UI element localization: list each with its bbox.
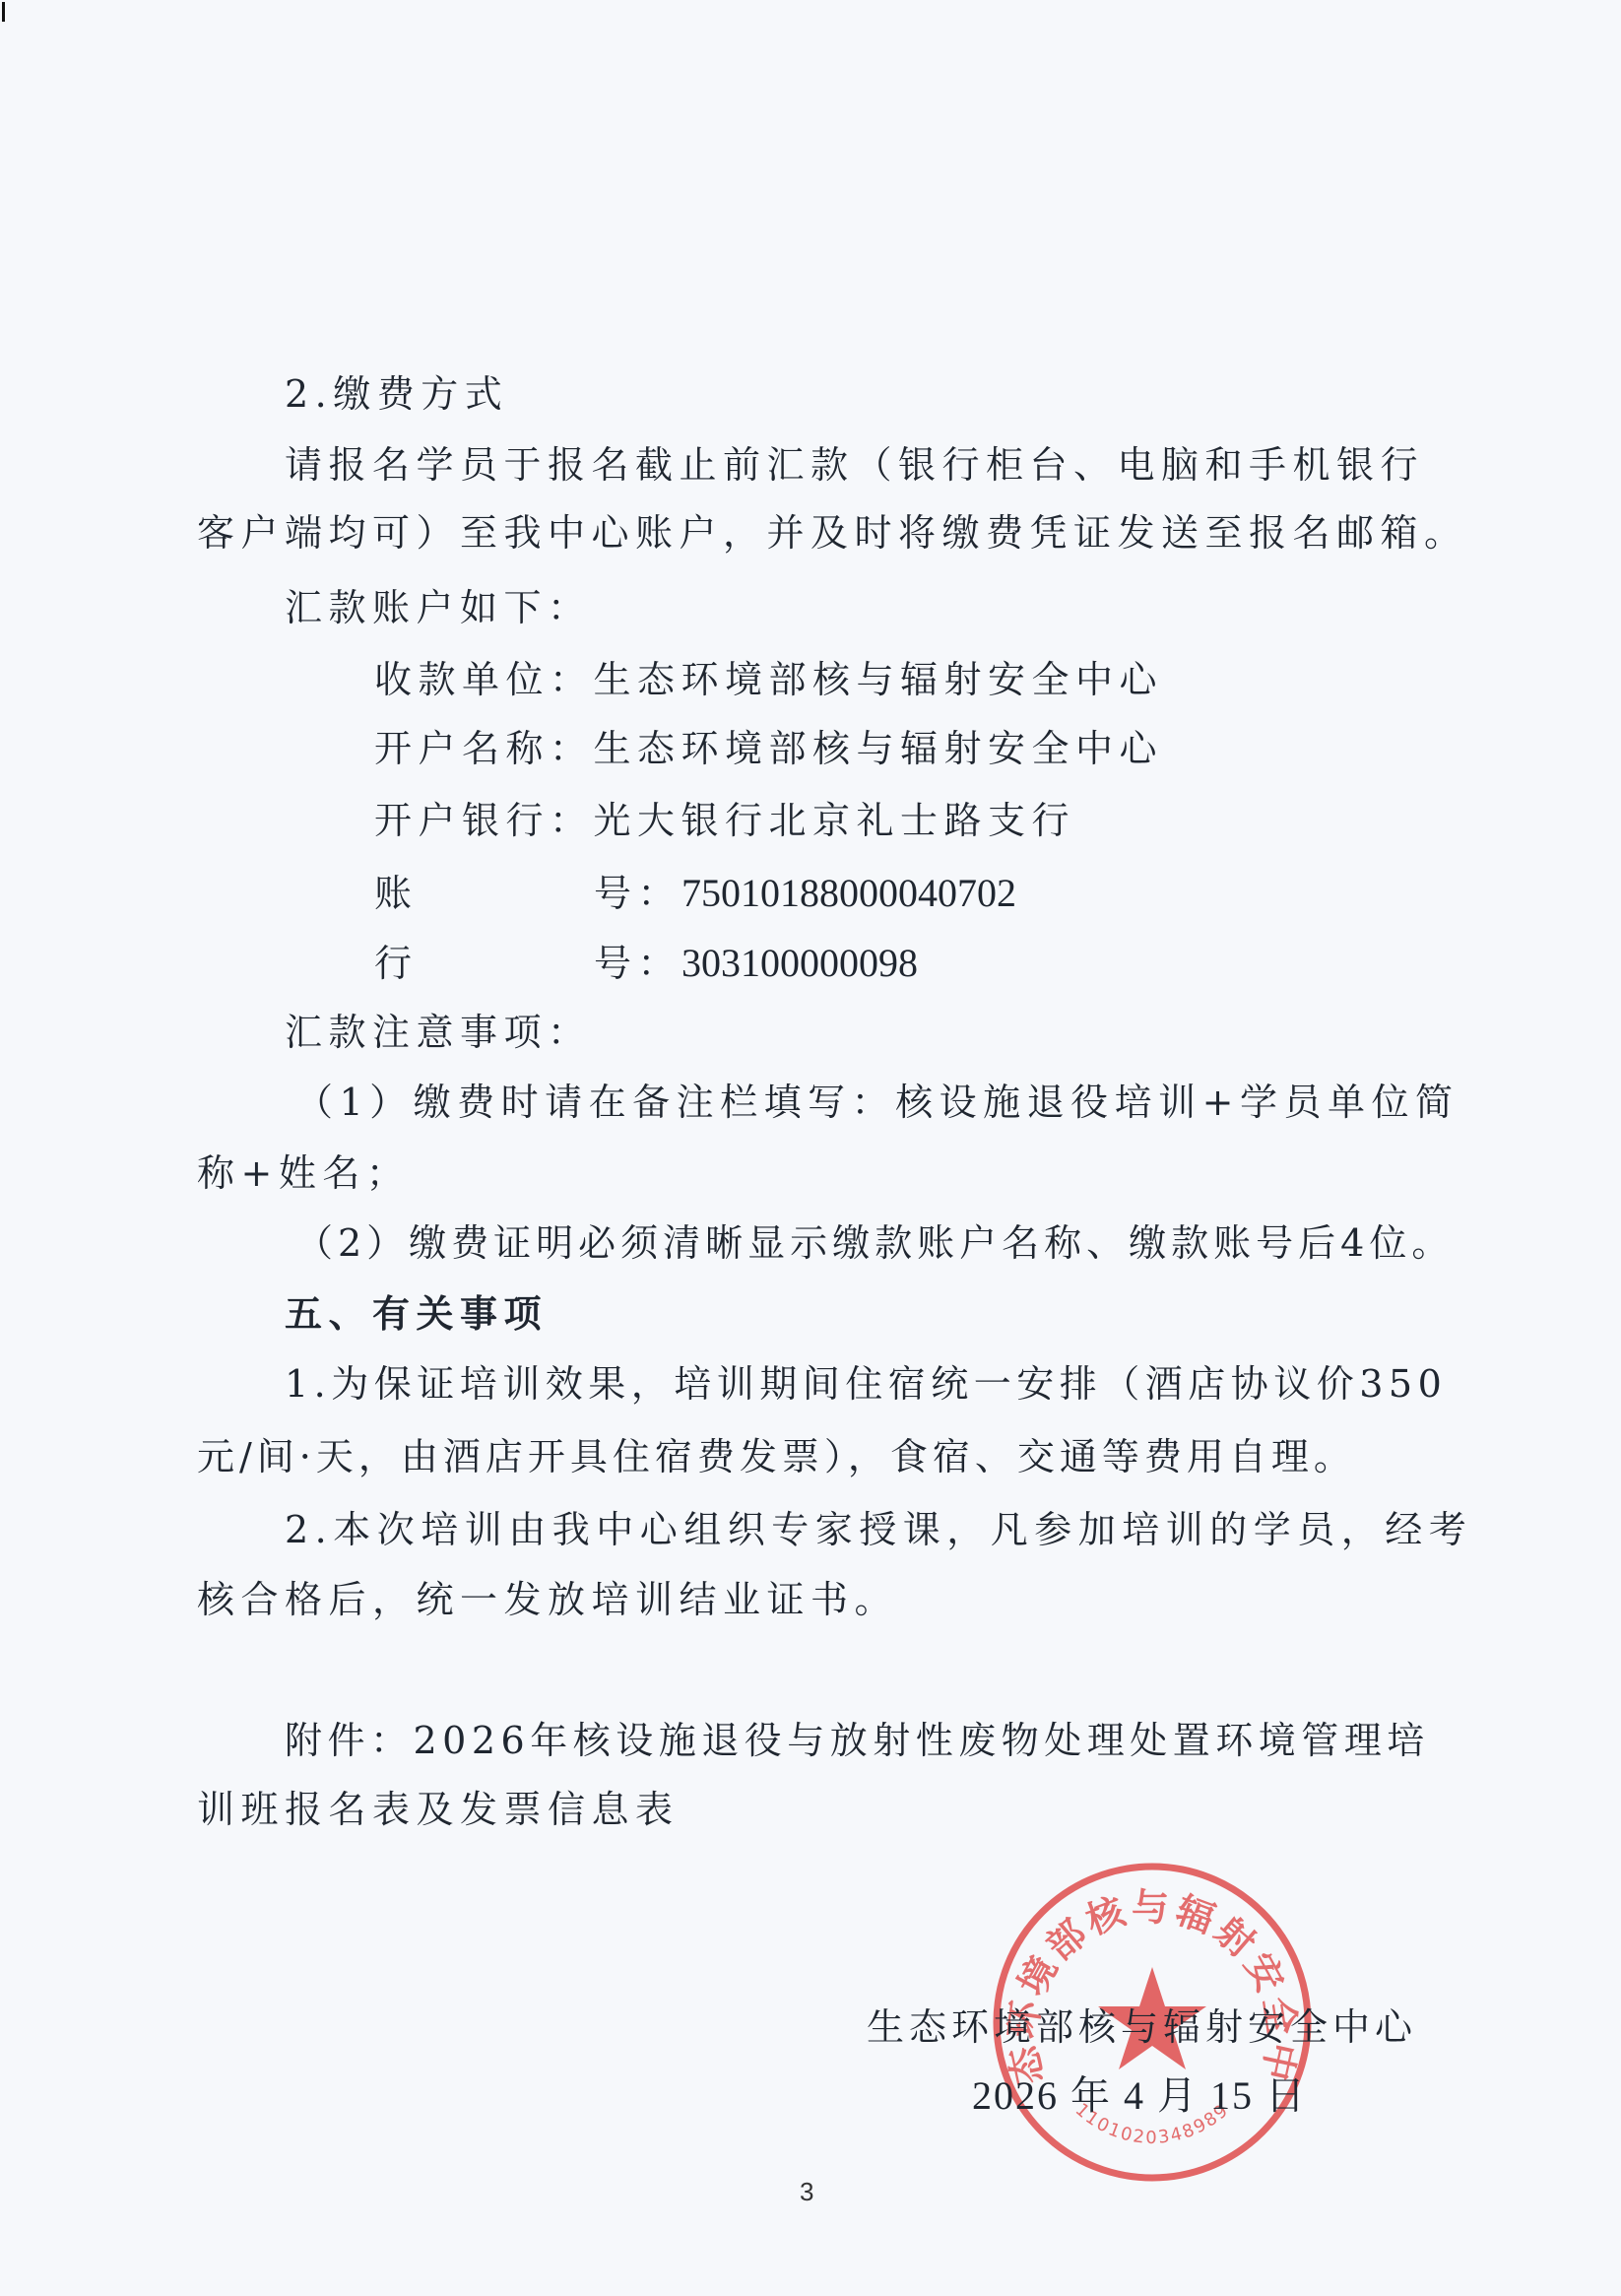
account-value: 75010188000040702 — [681, 871, 1016, 915]
account-row-bank: 开户银行：光大银行北京礼士路支行 — [374, 796, 1075, 845]
attachment-line1: 附件：2026年核设施退役与放射性废物处理处置环境管理培 — [285, 1716, 1430, 1765]
section-five-item1-line2: 元/间·天，由酒店开具住宿费发票），食宿、交通等费用自理。 — [197, 1432, 1356, 1481]
payment-heading: 2.缴费方式 — [285, 369, 508, 419]
account-row-name: 开户名称：生态环境部核与辐射安全中心 — [374, 724, 1163, 773]
svg-text:生态环境部核与辐射安全中心: 生态环境部核与辐射安全中心 — [985, 1857, 1304, 2088]
signature-organization: 生态环境部核与辐射安全中心 — [867, 2002, 1417, 2052]
accounts-intro: 汇款账户如下： — [285, 583, 592, 632]
account-label-last: 号： — [594, 942, 681, 985]
account-value: 303100000098 — [681, 941, 918, 985]
account-label-last: 号： — [594, 872, 681, 915]
account-label-first: 账 — [374, 869, 594, 918]
attachment-line2: 训班报名表及发票信息表 — [197, 1785, 680, 1834]
signature-date: 2026 年 4 月 15 日 — [972, 2071, 1307, 2121]
account-value: 光大银行北京礼士路支行 — [594, 799, 1076, 842]
notes-intro: 汇款注意事项： — [285, 1008, 592, 1057]
payment-paragraph-line2: 客户端均可）至我中心账户，并及时将缴费凭证发送至报名邮箱。 — [197, 508, 1468, 558]
account-label: 收款单位： — [374, 658, 594, 701]
section-five-item2-line1: 2.本次培训由我中心组织专家授课，凡参加培训的学员，经考 — [285, 1505, 1472, 1554]
account-value: 生态环境部核与辐射安全中心 — [594, 727, 1164, 770]
account-label: 开户银行： — [374, 799, 594, 842]
note1-line2: 称+姓名； — [197, 1148, 410, 1198]
account-row-payee: 收款单位：生态环境部核与辐射安全中心 — [374, 655, 1163, 704]
note2: （2）缴费证明必须清晰显示缴款账户名称、缴款账号后4位。 — [295, 1218, 1454, 1268]
account-row-number: 账号：75010188000040702 — [374, 869, 1016, 918]
section-five-heading: 五、有关事项 — [285, 1289, 548, 1339]
account-value: 生态环境部核与辐射安全中心 — [594, 658, 1164, 701]
section-five-item2-line2: 核合格后，统一发放培训结业证书。 — [197, 1575, 898, 1624]
section-five-item1-line1: 1.为保证培训效果，培训期间住宿统一安排（酒店协议价350 — [285, 1359, 1447, 1409]
payment-paragraph-line1: 请报名学员于报名截止前汇款（银行柜台、电脑和手机银行 — [285, 440, 1424, 490]
account-label: 开户名称： — [374, 727, 594, 770]
account-label-first: 行 — [374, 939, 594, 988]
account-row-bank-code: 行号：303100000098 — [374, 939, 918, 988]
scan-artifact — [2, 2, 5, 22]
note1-line1: （1）缴费时请在备注栏填写：核设施退役培训+学员单位简 — [295, 1078, 1459, 1127]
page-number: 3 — [800, 2177, 813, 2207]
